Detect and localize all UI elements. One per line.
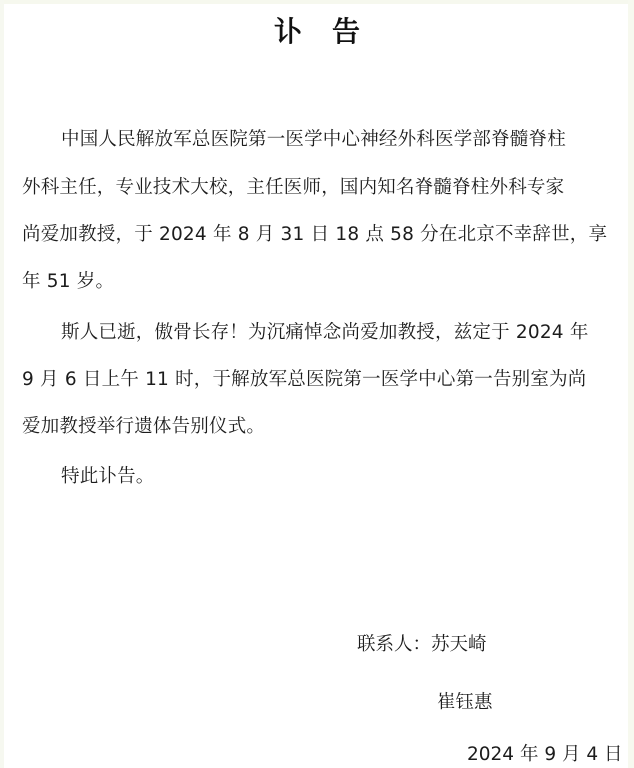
page-edge-top	[0, 0, 634, 4]
document-title: 讣告	[0, 10, 634, 50]
closing-line: 特此讣告。	[61, 462, 155, 488]
paragraph-line: 外科主任，专业技术大校，主任医师，国内知名脊髓脊柱外科专家	[22, 173, 564, 199]
page-edge-left	[0, 0, 4, 768]
obituary-page: 讣告 中国人民解放军总医院第一医学中心神经外科医学部脊髓脊柱 外科主任，专业技术…	[0, 0, 634, 768]
paragraph-line: 年 51 岁。	[22, 267, 114, 293]
document-date: 2024 年 9 月 4 日	[467, 740, 623, 766]
second-contact-person: 崔钰惠	[437, 688, 493, 714]
paragraph-line: 尚爱加教授，于 2024 年 8 月 31 日 18 点 58 分在北京不幸辞世…	[22, 220, 607, 246]
paragraph-line: 斯人已逝，傲骨长存！为沉痛悼念尚爱加教授，兹定于 2024 年	[61, 318, 589, 344]
page-edge-right	[628, 0, 634, 768]
paragraph-line: 9 月 6 日上午 11 时，于解放军总医院第一医学中心第一告别室为尚	[22, 365, 587, 391]
paragraph-line: 中国人民解放军总医院第一医学中心神经外科医学部脊髓脊柱	[61, 125, 566, 151]
contact-person: 联系人：苏天崎	[357, 630, 487, 656]
paragraph-line: 爱加教授举行遗体告别仪式。	[22, 412, 265, 438]
